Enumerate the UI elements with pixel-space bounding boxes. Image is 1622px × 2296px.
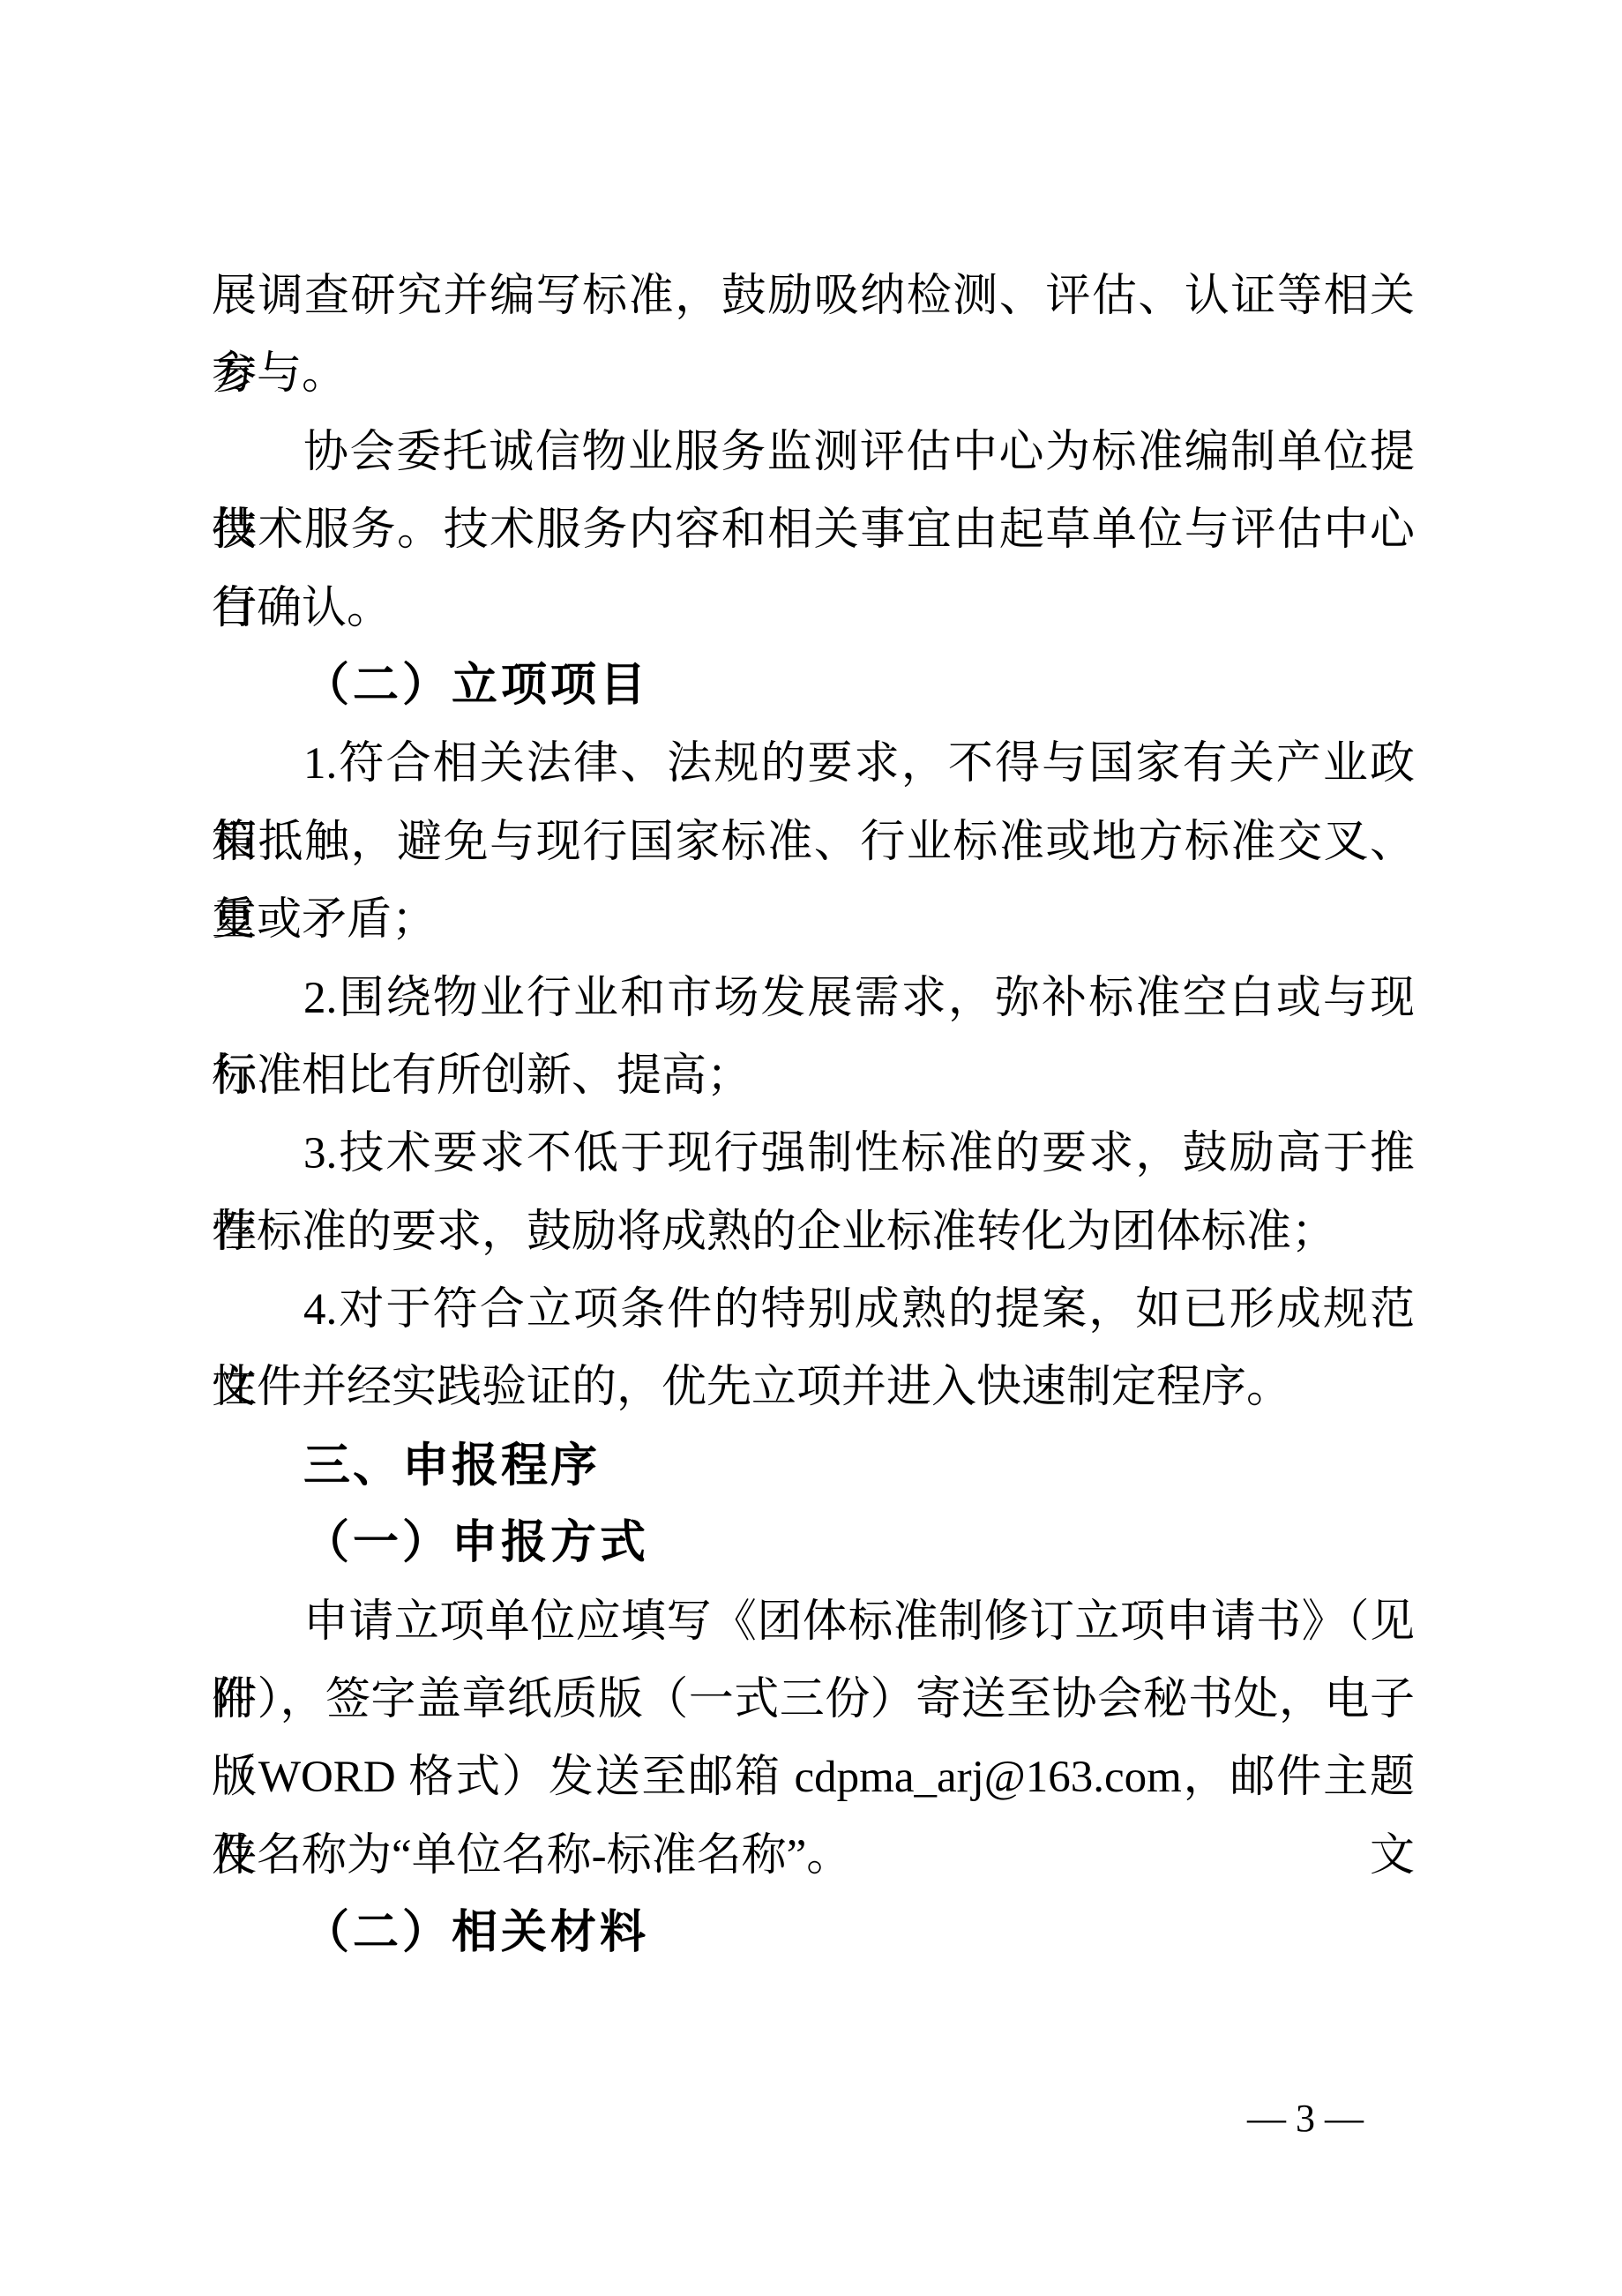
text-line: 件），签字盖章纸质版（一式三份）寄送至协会秘书处，电子版 (212, 1661, 1415, 1739)
text-line: 技术服务。技术服务内容和相关事宜由起草单位与评估中心自 (212, 491, 1415, 569)
text-line: 行确认。 (212, 570, 1415, 647)
text-line: （WORD 格式）发送至邮箱 cdpma_arj@163.com，邮件主题及文 (212, 1739, 1415, 1816)
text-line: 1.符合相关法律、法规的要求，不得与国家有关产业政策 (212, 725, 1415, 803)
text-line: 3.技术要求不低于现行强制性标准的要求，鼓励高于推荐 (212, 1115, 1415, 1193)
text-line: 4.对于符合立项条件的特别成熟的提案，如已形成规范性 (212, 1271, 1415, 1349)
text-line: 展调查研究并编写标准，鼓励吸纳检测、评估、认证等相关方 (212, 258, 1415, 335)
text-line: 标准相比有所创新、提高； (212, 1037, 1415, 1115)
heading-chapter-3-shenbao-chengxu: 三、申报程序 (212, 1427, 1415, 1505)
heading-section-2-lixiang-xiangmu: （二）立项项目 (212, 647, 1415, 725)
text-line: 相抵触，避免与现行国家标准、行业标准或地方标准交叉、重 (212, 804, 1415, 881)
heading-section-2-xiangguan-cailiao: （二）相关材料 (212, 1895, 1415, 1972)
heading-section-1-shenbao-fangshi: （一）申报方式 (212, 1505, 1415, 1582)
text-line: 参与。 (212, 335, 1415, 413)
text-line: 复或矛盾； (212, 881, 1415, 959)
text-line: 文件并经实践验证的，优先立项并进入快速制定程序。 (212, 1349, 1415, 1426)
document-page: 展调查研究并编写标准，鼓励吸纳检测、评估、认证等相关方 参与。 协会委托诚信物业… (0, 0, 1622, 2296)
document-body: 展调查研究并编写标准，鼓励吸纳检测、评估、认证等相关方 参与。 协会委托诚信物业… (212, 258, 1415, 1973)
page-number: — 3 — (1233, 2092, 1378, 2145)
text-line: 申请立项单位应填写《团体标准制修订立项申请书》（见附 (212, 1583, 1415, 1661)
text-line: 2.围绕物业行业和市场发展需求，弥补标准空白或与现行 (212, 960, 1415, 1037)
text-line: 协会委托诚信物业服务监测评估中心为标准编制单位提供 (212, 414, 1415, 491)
text-line: 性标准的要求，鼓励将成熟的企业标准转化为团体标准； (212, 1193, 1415, 1271)
